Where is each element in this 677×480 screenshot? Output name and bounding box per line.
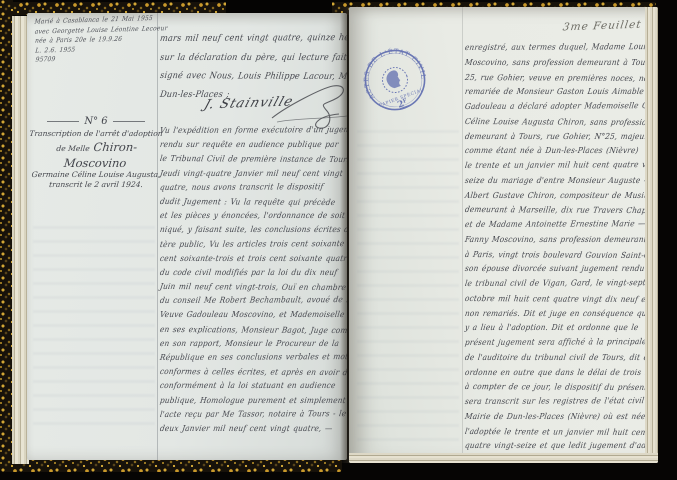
ink-bleedthrough [33,218,155,433]
handwritten-line: Céline Louise Augusta Chiron, sans profe… [464,114,637,130]
stamp-icon: ACTES DE L'ÉTAT CIVIL PAPIER SPÉCIAL 2F [353,38,438,123]
handwritten-line: demeurant à Tours, rue Gohier, N°25, maj… [464,129,637,144]
handwritten-line: Veuve Gadouleau Moscovino, et Mademoisel… [159,307,329,321]
margin-rule [157,13,158,460]
handwritten-line: l'acte reçu par Me Tassor, notaire à Tou… [159,406,329,421]
handwritten-line: 95709 [35,53,148,66]
left-page: Marié à Casablanca le 21 Mai 1955avec Ge… [27,13,347,460]
handwritten-line: à Paris, vingt trois boulevard Gouvion S… [464,247,637,263]
handwritten-line: et les pièces y énoncées, l'ordonnance d… [159,208,329,222]
handwritten-line: Vu l'expédition en forme exécutoire d'un… [159,122,329,137]
right-page: 3me Feuillet ACTES DE L'ÉTAT CIVIL PAPIE… [349,7,658,463]
dash-rule [113,121,145,122]
act-number-label: N° 6 [84,116,107,127]
act-number: N° 6 [29,116,163,127]
act-note-line: transcrit le 2 avril 1924. [28,180,163,191]
handwritten-line: le Tribunal Civil de première instance d… [159,151,329,166]
handwritten-line: non remariés. Dit et juge en conséquence… [464,306,637,321]
handwritten-line: comme étant née à Dun-les-Places (Nièvre… [464,143,637,158]
page-stack-bottom-edge [349,453,658,463]
handwritten-line: de l'auditoire du tribunal civil de Tour… [464,350,637,365]
handwritten-line: du conseil Me Robert Bechambault, avoué … [159,292,329,307]
handwritten-line: Jeudi vingt-quatre Janvier mil neuf cent… [159,166,329,180]
handwritten-line: le tribunal civil de Vigan, Gard, le vin… [464,275,637,291]
handwritten-line: remariée de Monsieur Gaston Louis Aimabl… [464,84,637,99]
page-stack-right-edge [645,7,658,463]
handwritten-line: y a lieu à l'adoption. Dit et ordonne qu… [464,320,637,335]
handwritten-line: son épouse divorcée suivant jugement ren… [464,261,637,276]
handwritten-line: l'adoptée le trente et un janvier mil hu… [464,424,637,440]
handwritten-line: niqué, y faisant suite, les conclusions … [159,222,329,236]
handwritten-line: tère public, Vu les articles trois cent … [159,236,329,251]
right-page-body-main: enregistré, aux termes duquel, Madame Lo… [465,40,655,453]
handwritten-line: République en ses conclusions verbales e… [159,349,329,364]
stamp-value: 2F [396,98,409,111]
handwritten-line: en son rapport, Monsieur le Procureur de… [159,336,329,350]
handwritten-line: présent jugement sera affiché à la princ… [464,334,637,350]
handwritten-line: et de Madame Antoinette Ernestine Marie … [464,216,637,232]
handwritten-line: Gadouleau a déclaré adopter Mademoiselle… [464,98,637,114]
etat-civil-stamp: ACTES DE L'ÉTAT CIVIL PAPIER SPÉCIAL 2F [353,38,438,123]
handwritten-line: sera transcrit sur les registres de l'ét… [464,393,637,409]
left-page-body-main: Vu l'expédition en forme exécutoire d'un… [160,123,347,435]
register-book-scan: Marié à Casablanca le 21 Mai 1955avec Ge… [0,0,677,480]
folio-header: 3me Feuillet [562,19,643,34]
adoptee-name: de Melle Chiron-Moscovino [27,140,164,170]
handwritten-line: du code civil modifiés par la loi du dix… [159,265,329,279]
handwritten-line: conformément à la loi statuant en audien… [159,378,329,392]
handwritten-line: ordonne en outre que dans le délai de tr… [464,365,637,380]
handwritten-line: Fanny Moscovino, sans profession demeura… [464,232,637,247]
act-number-note: N° 6 Transcription de l'arrêt d'adoption… [29,116,163,191]
handwritten-line: mars mil neuf cent vingt quatre, quinze … [159,29,329,48]
handwritten-line: cent soixante-trois et trois cent soixan… [159,251,329,265]
handwritten-line: 25, rue Gohier, veuve en premières noces… [464,70,637,86]
handwritten-line: rendu sur requête en audience publique p… [159,137,329,151]
handwritten-line: dudit Jugement : Vu la requête qui précè… [159,194,329,209]
handwritten-line: enregistré, aux termes duquel, Madame Lo… [464,39,637,55]
act-note-line: Transcription de l'arrêt d'adoption [28,129,163,140]
handwritten-line: le trente et un janvier mil huit cent qu… [464,157,637,173]
handwritten-line: deux Janvier mil neuf cent vingt quatre,… [159,421,329,435]
handwritten-line: publique, Homologue purement et simpleme… [159,393,329,407]
handwritten-line: quatre vingt-seize et que ledit jugement… [464,438,637,453]
handwritten-line: Moscovino, sans profession demeurant à T… [464,55,637,70]
handwritten-line: octobre mil huit cent quatre vingt dix n… [464,291,637,307]
handwritten-line: quatre, nous avons transcrit le disposit… [159,179,329,194]
margin-annotation: Marié à Casablanca le 21 Mai 1955avec Ge… [34,14,159,65]
handwritten-line: seize du mariage d'entre Monsieur August… [464,173,637,188]
margin-fold-line [462,7,463,463]
ink-bleedthrough [357,122,459,447]
name-prefix: de Melle [56,144,90,153]
handwritten-line: sur la déclaration du père, qui lecture … [159,49,329,68]
handwritten-line: Mairie de Dun-les-Places (Nièvre) où est… [464,409,637,424]
handwritten-line: en ses explications, Monsieur Bagot, Jug… [159,322,329,337]
dash-rule [47,121,79,122]
act-note-line: Germaine Céline Louise Augusta. [28,170,163,181]
handwritten-line: Albert Gustave Chiron, compositeur de Mu… [464,188,637,203]
marianne-head-icon [384,69,402,90]
